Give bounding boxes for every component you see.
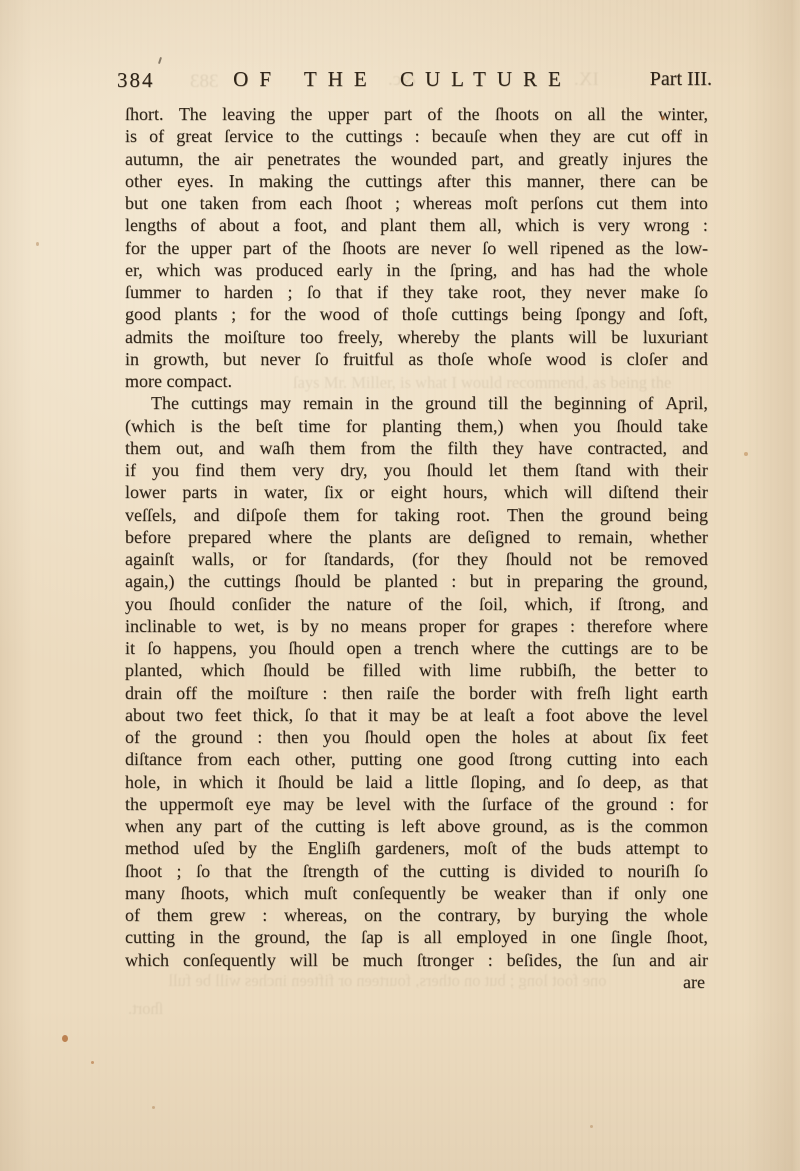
text-line: theuppermoſteyemaybelevelwiththeſurfaceo… (125, 793, 708, 815)
text-line: (whichisthebeſttimeforplantingthem,)when… (125, 415, 708, 437)
text-line: othereyes.Inmakingthecuttingsafterthisma… (125, 170, 708, 192)
part-label: Part III. (650, 68, 712, 91)
text-line: whenanypartofthecuttingisleftaboveground… (125, 815, 708, 837)
text-line: admitsthemoiſturetoofreely,wherebythepla… (125, 326, 708, 348)
text-block: ſhort.Theleavingtheupperpartoftheſhootso… (125, 103, 708, 971)
text-line: ifyoufindthemverydry,youſhouldletthemſta… (125, 459, 708, 481)
text-line: ſhort.Theleavingtheupperpartoftheſhootso… (125, 103, 708, 125)
catchword: are (125, 971, 708, 993)
text-line: methoduſedbytheEngliſhgardeners,moſtofth… (125, 837, 708, 859)
text-line: goodplants;forthewoodofthoſecuttingsbein… (125, 303, 708, 325)
text-line: more compact. (125, 370, 708, 392)
text-line: oftheground:thenyouſhouldopentheholesata… (125, 726, 708, 748)
text-line: lengthsofaboutafoot,andplantthemall,whic… (125, 214, 708, 236)
text-line: manyſhoots,whichmuſtconſequentlybeweaker… (125, 882, 708, 904)
text-line: lowerpartsinwater,ſixoreighthours,whichw… (125, 481, 708, 503)
text-line: isofgreatſervicetothecuttings:becauſewhe… (125, 125, 708, 147)
foxing-spot (744, 452, 748, 456)
text-line: Thecuttingsmayremaininthegroundtillthebe… (125, 392, 708, 414)
text-line: diſtancefromeachother,puttingonegoodſtro… (125, 748, 708, 770)
text-line: itſohappens,youſhouldopenatrenchwherethe… (125, 637, 708, 659)
text-line: againſtwalls,orforſtandards,(fortheyſhou… (125, 548, 708, 570)
text-line: drainoffthemoiſture:thenraiſetheborderwi… (125, 682, 708, 704)
text-line: ſhoot;ſothattheſtrengthofthecuttingisdiv… (125, 860, 708, 882)
text-line: planted,whichſhouldbefilledwithlimerubbi… (125, 659, 708, 681)
text-line: inclinabletowet,isbynomeansproperforgrap… (125, 615, 708, 637)
text-line: ingrowth,butneverſofruitfulasthoſewhoſew… (125, 348, 708, 370)
text-line: youſhouldconſiderthenatureoftheſoil,whic… (125, 593, 708, 615)
text-line: er,whichwasproducedearlyintheſpring,andh… (125, 259, 708, 281)
text-line: hole,inwhichitſhouldbelaidalittleſloping… (125, 771, 708, 793)
book-page: 383 &c. IX. ſays Mr. Miller, is what I w… (0, 0, 800, 1171)
running-title: OF THE CULTURE (111, 67, 694, 92)
foxing-spot (152, 1106, 155, 1109)
foxing-spot (91, 1061, 94, 1064)
text-line: themout,andwaſhthemfromthefilththeyhavec… (125, 437, 708, 459)
text-line: fortheupperpartoftheſhootsareneverſowell… (125, 237, 708, 259)
text-line: autumn,theairpenetratesthewoundedpart,an… (125, 148, 708, 170)
text-line: cuttingintheground,theſapisallemployedin… (125, 926, 708, 948)
text-line: beforepreparedwheretheplantsaredeſignedt… (125, 526, 708, 548)
text-line: whichconſequentlywillbemuchſtronger:beſi… (125, 949, 708, 971)
text-line: again,)thecuttingsſhouldbeplanted:butinp… (125, 570, 708, 592)
foxing-spot (590, 1125, 593, 1128)
foxing-spot (36, 242, 39, 246)
text-line: ofthemgrew:whereas,onthecontrary,byburyi… (125, 904, 708, 926)
text-line: veſſels,anddiſpoſethemfortakingroot.Then… (125, 504, 708, 526)
show-through-bottom-word: ſhort. (128, 999, 163, 1019)
text-line: abouttwofeetthick,ſothatitmaybeatleaſtaf… (125, 704, 708, 726)
text-line: butonetakenfromeachſhoot;whereasmoſtperſ… (125, 192, 708, 214)
foxing-spot (62, 1035, 68, 1042)
text-line: ſummertoharden;ſothatiftheytakeroot,they… (125, 281, 708, 303)
stray-ink-mark (158, 57, 162, 64)
